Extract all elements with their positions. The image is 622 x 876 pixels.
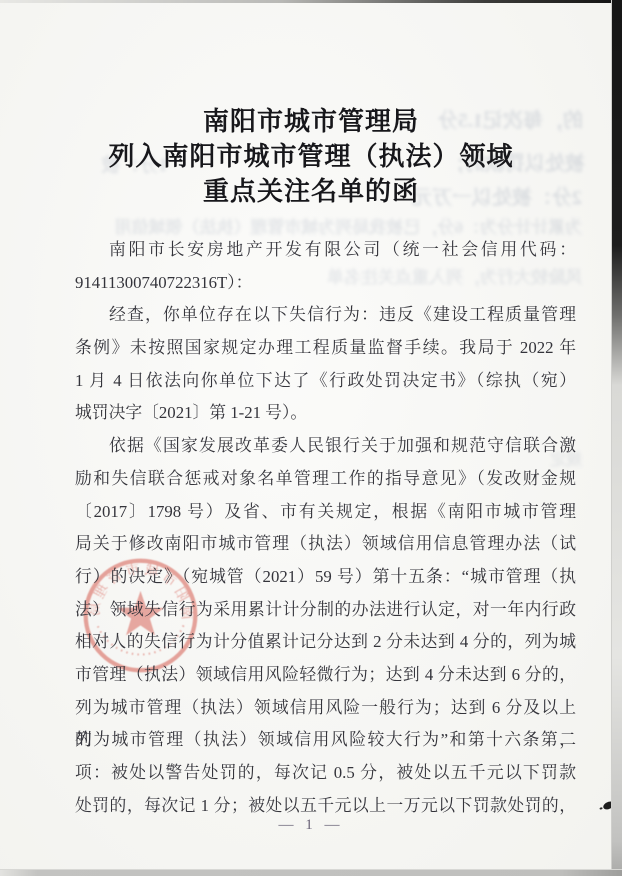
title-line: 列入南阳市城市管理（执法）领域 xyxy=(61,139,561,174)
body-line: 法）领域失信行为采用累计计分制的办法进行认定，对一年内行政 xyxy=(75,594,576,627)
body-line: 行）的决定》（宛城管（2021）59 号）第十五条：“城市管理（执 xyxy=(75,561,576,594)
body-line: 经查，你单位存在以下失信行为：违反《建设工程质量管理 xyxy=(75,299,576,332)
scanned-page: 的，每次记1.5分 被处以罚款的； 2分：被处以一万元 为累计计分为：6分，已被… xyxy=(0,0,622,876)
scan-edge-bottom xyxy=(0,869,622,876)
body-line: 城罚决字〔2021〕第 1-21 号）。 xyxy=(75,397,576,430)
body-line: 91411300740722316T）： xyxy=(75,267,576,300)
title-line: 重点关注名单的函 xyxy=(61,174,561,209)
body-line: 南阳市长安房地产开发有限公司（统一社会信用代码： xyxy=(75,234,576,267)
body-line: 相对人的失信行为计分值累计记分达到 2 分未达到 4 分的，列为城 xyxy=(75,626,576,659)
body-line: 列为城市管理（执法）领域信用风险较大行为”和第十六条第二 xyxy=(75,724,576,757)
document-title: 南阳市城市管理局 列入南阳市城市管理（执法）领域 重点关注名单的函 xyxy=(61,104,561,209)
scan-edge-right xyxy=(611,0,622,876)
body-line: 市管理（执法）领域信用风险轻微行为；达到 4 分未达到 6 分的， xyxy=(75,659,576,692)
title-line: 南阳市城市管理局 xyxy=(61,104,561,139)
scan-edge-top xyxy=(0,0,622,3)
body-line: 项：被处以警告处罚的，每次记 0.5 分，被处以五千元以下罚款 xyxy=(75,757,576,790)
body-line: 局关于修改南阳市城市管理（执法）领域信用信息管理办法（试 xyxy=(75,528,576,561)
document-body: 南阳市长安房地产开发有限公司（统一社会信用代码： 914113007407223… xyxy=(75,234,576,822)
body-line: 励和失信联合惩戒对象名单管理工作的指导意见》（发改财金规 xyxy=(75,463,576,496)
body-line: 依据《国家发展改革委人民银行关于加强和规范守信联合激 xyxy=(75,430,576,463)
body-line: 1 月 4 日依法向你单位下达了《行政处罚决定书》（综执（宛） xyxy=(75,365,576,398)
body-line: 〔2017〕1798 号）及省、市有关规定，根据《南阳市城市管理 xyxy=(75,496,576,529)
body-line: 条例》未按照国家规定办理工程质量监督手续。我局于 2022 年 xyxy=(75,332,576,365)
page-number: — 1 — xyxy=(61,817,561,834)
body-line: 列为城市管理（执法）领域信用风险一般行为；达到 6 分及以上的， xyxy=(75,692,576,725)
